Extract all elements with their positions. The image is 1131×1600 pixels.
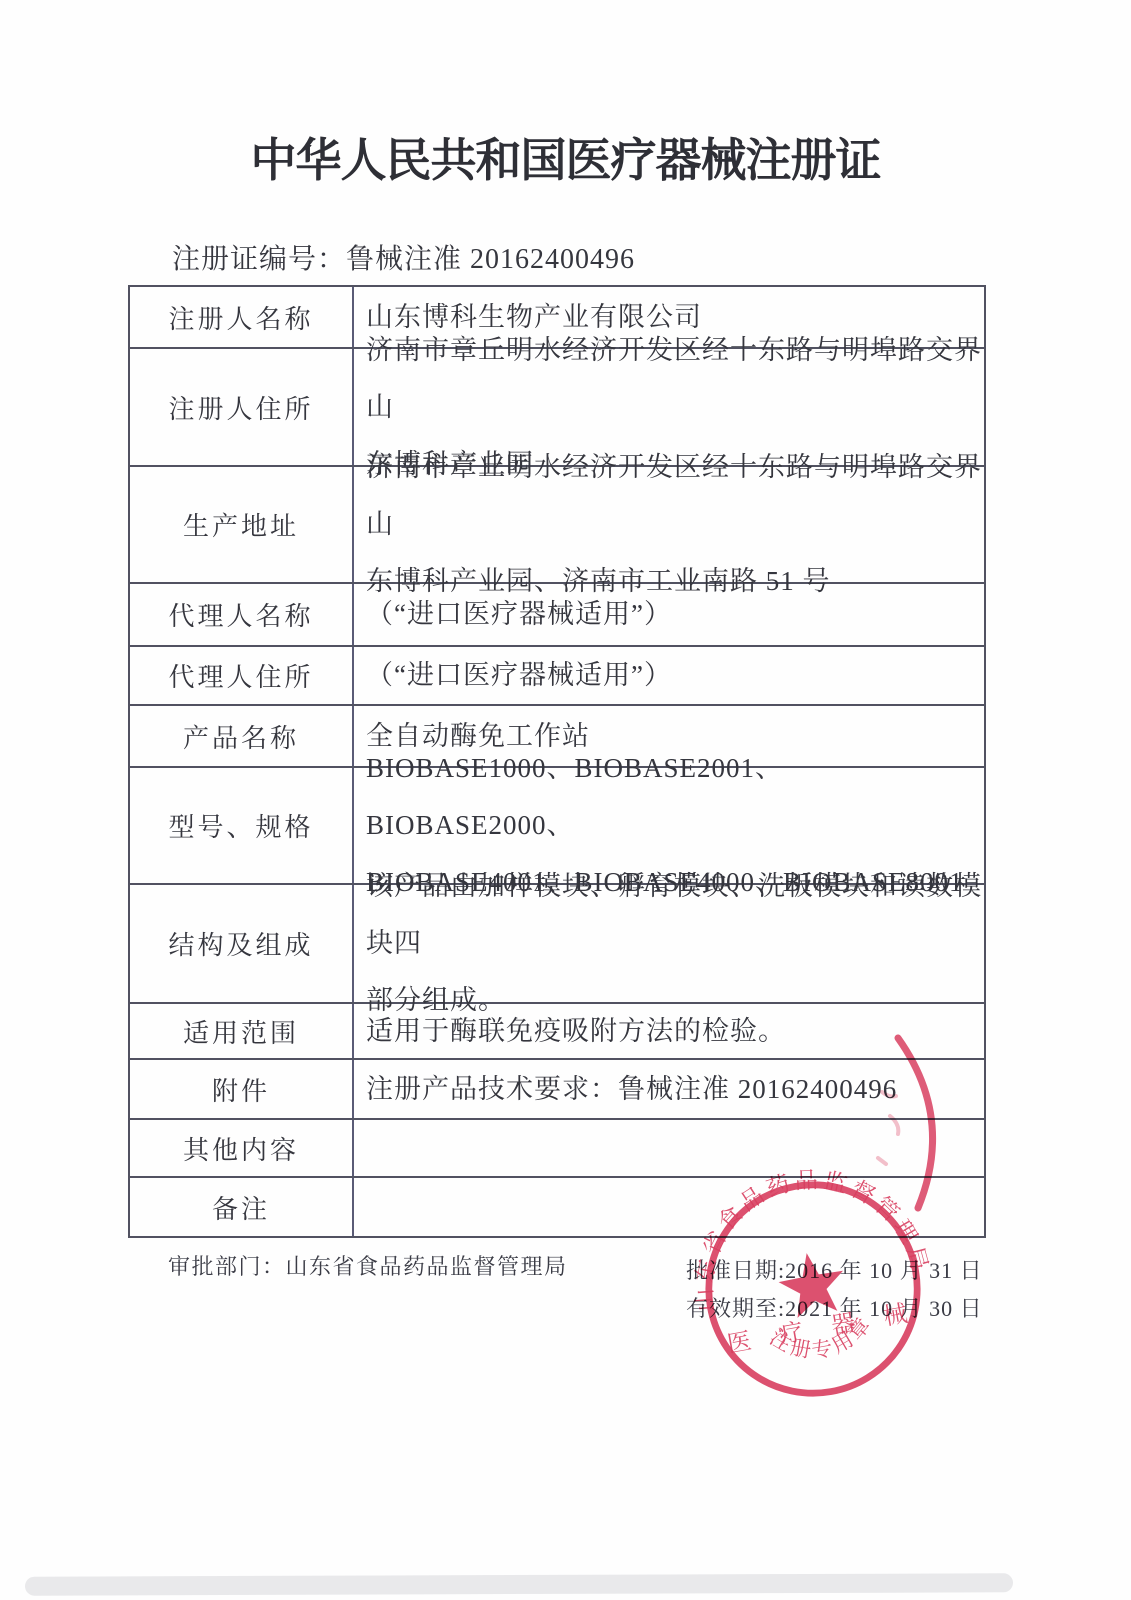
- row-label: 注册人住所: [130, 349, 354, 465]
- row-label: 备注: [130, 1178, 354, 1236]
- partial-seal-arc: [860, 1030, 970, 1220]
- table-row-attachment: 附件 注册产品技术要求：鲁械注准 20162400496: [130, 1060, 984, 1120]
- row-label: 型号、规格: [130, 768, 354, 883]
- row-label: 注册人名称: [130, 287, 354, 347]
- row-value: 该产品由加样模块、孵育模块、洗板模块和读数模块四 部分组成。: [354, 885, 984, 1002]
- seal-star-icon: [774, 1247, 849, 1320]
- cert-number-value: 鲁械注准 20162400496: [346, 244, 635, 275]
- row-value: （“进口医疗器械适用”）: [354, 584, 984, 645]
- cert-number-label: 注册证编号：: [172, 244, 346, 275]
- page-title: 中华人民共和国医疗器械注册证: [0, 124, 1131, 190]
- row-value: （“进口医疗器械适用”）: [354, 647, 984, 704]
- row-value: 济南市章丘明水经济开发区经十东路与明埠路交界山 东博科产业园、济南市工业南路 5…: [354, 467, 984, 582]
- table-row-agent-address: 代理人住所 （“进口医疗器械适用”）: [130, 647, 984, 706]
- row-label: 适用范围: [130, 1004, 354, 1058]
- certificate-table: 注册人名称 山东博科生物产业有限公司 注册人住所 济南市章丘明水经济开发区经十东…: [128, 285, 986, 1238]
- cert-number-line: 注册证编号：鲁械注准 20162400496: [172, 237, 635, 277]
- table-row-scope: 适用范围 适用于酶联免疫吸附方法的检验。: [130, 1004, 984, 1060]
- table-row-production-address: 生产地址 济南市章丘明水经济开发区经十东路与明埠路交界山 东博科产业园、济南市工…: [130, 467, 984, 584]
- table-row-agent-name: 代理人名称 （“进口医疗器械适用”）: [130, 584, 984, 647]
- row-label: 产品名称: [130, 706, 354, 766]
- row-label: 代理人名称: [130, 584, 354, 645]
- scan-artifact-band: [25, 1573, 1013, 1595]
- row-label: 代理人住所: [130, 647, 354, 704]
- row-label: 生产地址: [130, 467, 354, 582]
- certificate-page: 中华人民共和国医疗器械注册证 注册证编号：鲁械注准 20162400496 注册…: [0, 0, 1131, 1600]
- table-row-structure: 结构及组成 该产品由加样模块、孵育模块、洗板模块和读数模块四 部分组成。: [130, 885, 984, 1004]
- row-label: 其他内容: [130, 1120, 354, 1176]
- approval-department: 审批部门：山东省食品药品监督管理局: [168, 1250, 568, 1281]
- row-label: 结构及组成: [130, 885, 354, 1002]
- row-label: 附件: [130, 1060, 354, 1118]
